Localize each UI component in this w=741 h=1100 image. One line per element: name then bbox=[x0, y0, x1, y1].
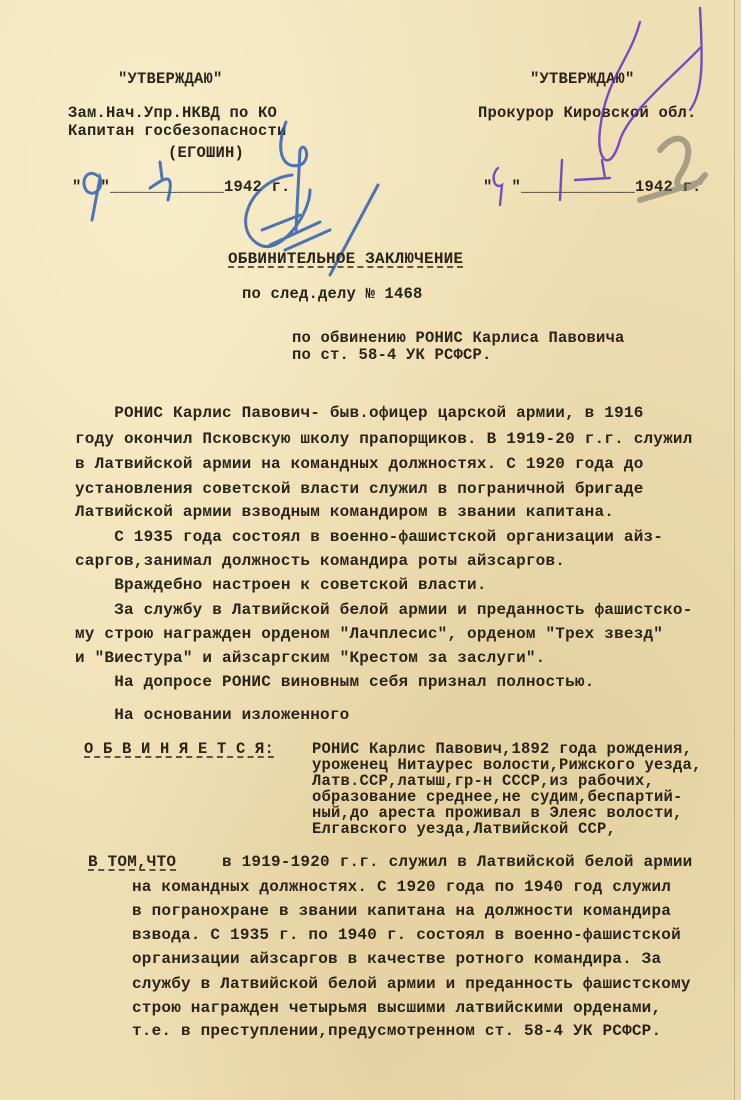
charge-line: службу в Латвийской белой армии и предан… bbox=[132, 975, 691, 993]
body-line: На основании изложенного bbox=[75, 706, 349, 724]
approval-right-position: Прокурор Кировской обл. bbox=[478, 104, 697, 122]
body-line: За службу в Латвийской белой армии и пре… bbox=[75, 601, 693, 619]
approval-left-heading: "УТВЕРЖДАЮ" bbox=[118, 70, 223, 88]
body-line: Враждебно настроен к советской власти. bbox=[75, 576, 487, 594]
body-line: Латвийской армии взводным командиром в з… bbox=[75, 503, 614, 521]
case-number: по след.делу № 1468 bbox=[242, 285, 423, 303]
body-line: му строю награжден орденом "Лачплесис", … bbox=[75, 625, 663, 643]
body-line: установления советской власти служил в п… bbox=[75, 480, 644, 498]
charge-line: в погранохране в звании капитана на долж… bbox=[132, 902, 671, 920]
charge-subject: по обвинению РОНИС Карлиса Павовича bbox=[292, 329, 625, 347]
body-line: и "Виестура" и айзсаргским "Крестом за з… bbox=[75, 649, 545, 667]
approval-left-rank: Капитан госбезопасности bbox=[68, 122, 287, 140]
approval-right-heading: "УТВЕРЖДАЮ" bbox=[530, 70, 635, 88]
body-line: в Латвийской армии на командных должност… bbox=[75, 455, 644, 473]
charge-line: на командных должностях. С 1920 года по … bbox=[132, 878, 671, 896]
approval-left-name: (ЕГОШИН) bbox=[168, 144, 244, 162]
charge-line: организации айзсаргов в качестве ротного… bbox=[132, 950, 661, 968]
body-line: саргов,занимал должность командира роты … bbox=[75, 552, 565, 570]
body-line: На допросе РОНИС виновным себя признал п… bbox=[75, 673, 594, 691]
charge-line: т.е. в преступлении,предусмотренном ст. … bbox=[132, 1022, 661, 1040]
body-line: году окончил Псковскую школу прапорщиков… bbox=[75, 430, 693, 448]
approval-right-date: " "____________1942 г. bbox=[483, 178, 702, 196]
charge-first-line: в 1919-1920 г.г. служил в Латвийской бел… bbox=[222, 853, 692, 871]
document-title: ОБВИНИТЕЛЬНОЕ ЗАКЛЮЧЕНИЕ bbox=[228, 250, 463, 268]
accused-label: О Б В И Н Я Е Т С Я: bbox=[84, 740, 274, 758]
page-edge-line bbox=[734, 0, 735, 1100]
approval-left-position: Зам.Нач.Упр.НКВД по КО bbox=[68, 104, 277, 122]
body-line: РОНИС Карлис Павович- быв.офицер царской… bbox=[75, 404, 644, 422]
accused-line: Елгавского уезда,Латвийской ССР, bbox=[312, 820, 616, 838]
charge-line: строю награжден четырьмя высшими латвийс… bbox=[132, 999, 661, 1017]
approval-left-date: " "____________1942 г. bbox=[72, 178, 291, 196]
body-line: С 1935 года состоял в военно-фашистской … bbox=[75, 528, 663, 546]
charge-line: взвода. С 1935 г. по 1940 г. состоял в в… bbox=[132, 926, 681, 944]
charge-label: В ТОМ,ЧТО bbox=[88, 853, 176, 871]
charge-article: по ст. 58-4 УК РСФСР. bbox=[292, 346, 492, 364]
